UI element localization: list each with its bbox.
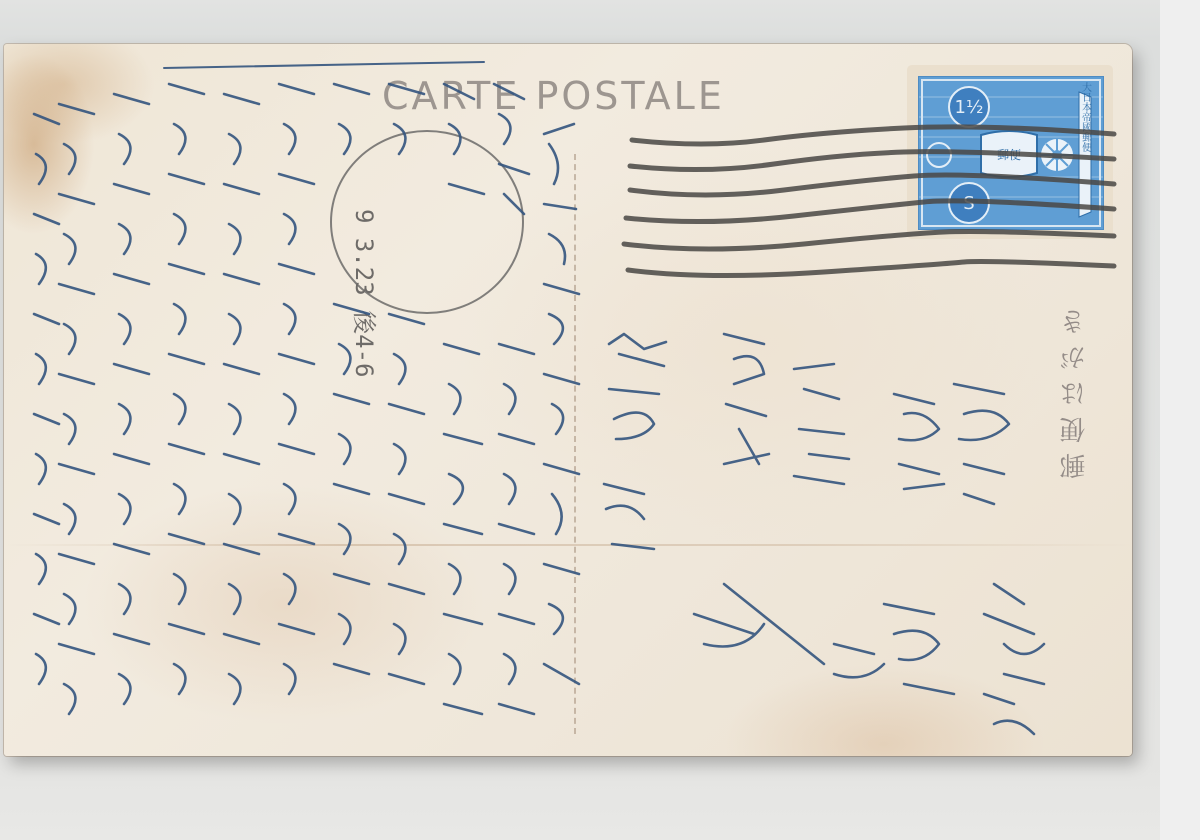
scan-margin [1160,0,1200,840]
handwritten-message [34,62,1044,734]
postcard: CARTE POSTALE 郵便はがき 9 3.23 後4-6 1½ S 郵便 [4,44,1132,756]
ink-layer [4,44,1132,756]
cancellation-wavy-lines [624,127,1114,276]
